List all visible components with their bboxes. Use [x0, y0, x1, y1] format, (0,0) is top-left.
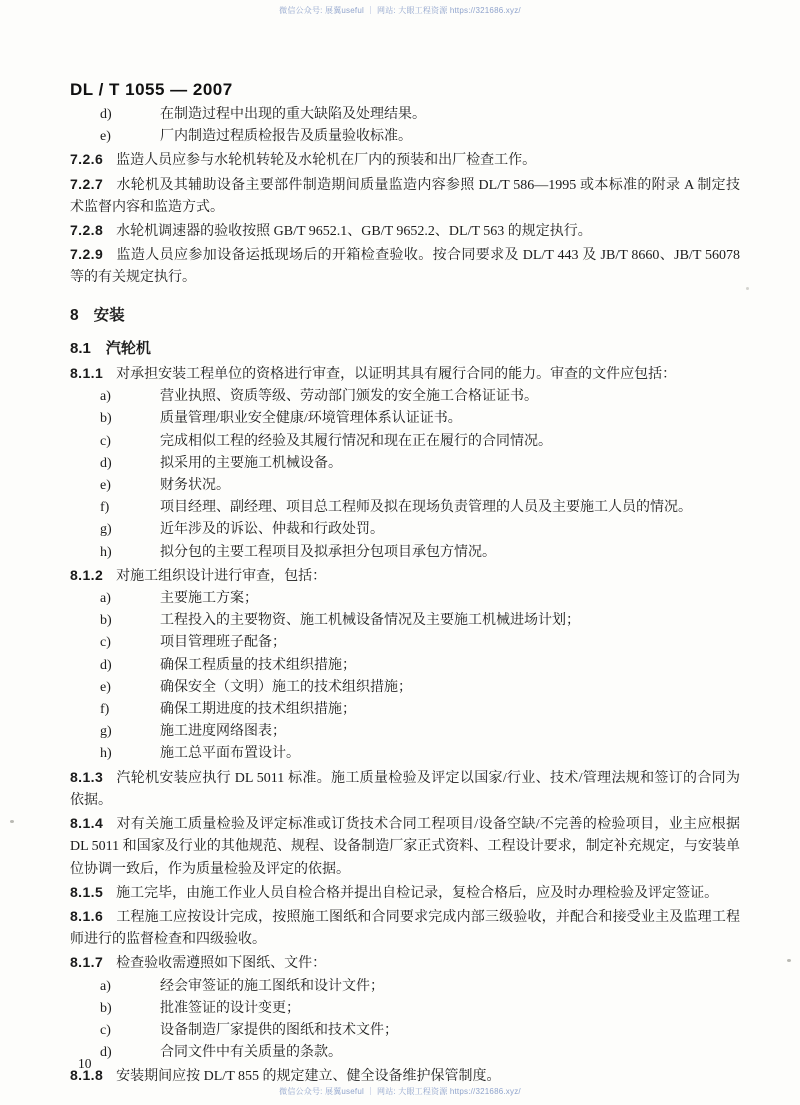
item-text: 近年涉及的诉讼、仲裁和行政处罚。 [160, 522, 384, 537]
item-label: d) [100, 1042, 160, 1064]
item-text: 汽轮机 [106, 340, 151, 357]
item-text: 监造人员应参与水轮机转轮及水轮机在厂内的预装和出厂检查工作。 [116, 153, 536, 168]
clause-paragraph: 8.1.5施工完毕，由施工作业人员自检合格并提出自检记录，复检合格后，应及时办理… [70, 881, 740, 905]
list-item: e)财务状况。 [70, 475, 740, 497]
list-item: d)拟采用的主要施工机械设备。 [70, 453, 740, 475]
item-text: 水轮机及其辅助设备主要部件制造期间质量监造内容参照 DL/T 586—1995 … [70, 178, 740, 215]
item-label: b) [100, 998, 160, 1020]
list-item: a)营业执照、资质等级、劳动部门颁发的安全施工合格证证书。 [70, 386, 740, 408]
item-label: 8.1 [70, 340, 91, 357]
item-text: 设备制造厂家提供的图纸和技术文件； [160, 1023, 398, 1038]
item-text: 拟分包的主要工程项目及拟承担分包项目承包方情况。 [160, 545, 496, 560]
list-item: g)近年涉及的诉讼、仲裁和行政处罚。 [70, 519, 740, 541]
item-label: c) [100, 632, 160, 654]
page-number: 10 [78, 1056, 92, 1072]
item-label: 8.1.1 [70, 365, 103, 381]
item-label: a) [100, 976, 160, 998]
item-text: 检查验收需遵照如下图纸、文件： [116, 956, 326, 971]
standard-number-header: DL / T 1055 — 2007 [70, 80, 233, 100]
list-item: b)工程投入的主要物资、施工机械设备情况及主要施工机械进场计划； [70, 610, 740, 632]
item-text: 项目管理班子配备； [160, 635, 286, 650]
item-label: a) [100, 386, 160, 408]
item-label: g) [100, 721, 160, 743]
item-label: e) [100, 677, 160, 699]
scan-artifact [746, 287, 749, 290]
list-item: g)施工进度网络图表； [70, 721, 740, 743]
item-text: 施工完毕，由施工作业人员自检合格并提出自检记录，复检合格后，应及时办理检验及评定… [116, 886, 718, 901]
watermark-bottom: 微信公众号: 展翼useful ｜ 网站: 大眼工程资源 https://321… [0, 1086, 800, 1097]
item-label: 7.2.7 [70, 176, 103, 192]
item-text: 汽轮机安装应执行 DL 5011 标准。施工质量检验及评定以国家/行业、技术/管… [70, 771, 740, 808]
list-item: a)经会审签证的施工图纸和设计文件； [70, 976, 740, 998]
item-label: 7.2.6 [70, 151, 103, 167]
list-item: e)厂内制造过程质检报告及质量验收标准。 [70, 126, 740, 148]
item-text: 厂内制造过程质检报告及质量验收标准。 [160, 129, 412, 144]
clause-paragraph: 8.1.3汽轮机安装应执行 DL 5011 标准。施工质量检验及评定以国家/行业… [70, 766, 740, 812]
item-label: 8.1.2 [70, 567, 103, 583]
item-text: 财务状况。 [160, 478, 230, 493]
item-label: 8.1.4 [70, 815, 103, 831]
item-label: a) [100, 588, 160, 610]
item-label: 7.2.9 [70, 246, 103, 262]
item-text: 对承担安装工程单位的资格进行审查，以证明其具有履行合同的能力。审查的文件应包括： [116, 367, 676, 382]
item-text: 项目经理、副经理、项目总工程师及拟在现场负责管理的人员及主要施工人员的情况。 [160, 500, 692, 515]
item-label: c) [100, 1020, 160, 1042]
item-label: 8 [70, 307, 79, 324]
item-label: 7.2.8 [70, 222, 103, 238]
item-text: 对有关施工质量检验及评定标准或订货技术合同工程项目/设备空缺/不完善的检验项目，… [70, 817, 740, 876]
clause-paragraph: 7.2.6监造人员应参与水轮机转轮及水轮机在厂内的预装和出厂检查工作。 [70, 148, 740, 172]
item-label: c) [100, 431, 160, 453]
clause-paragraph: 8.1.1对承担安装工程单位的资格进行审查，以证明其具有履行合同的能力。审查的文… [70, 362, 740, 386]
list-item: c)项目管理班子配备； [70, 632, 740, 654]
item-label: b) [100, 610, 160, 632]
item-label: b) [100, 408, 160, 430]
item-text: 监造人员应参加设备运抵现场后的开箱检查验收。按合同要求及 DL/T 443 及 … [70, 248, 740, 285]
list-item: c)设备制造厂家提供的图纸和技术文件； [70, 1020, 740, 1042]
item-text: 确保工期进度的技术组织措施； [160, 702, 356, 717]
clause-paragraph: 8.1.6工程施工应按设计完成，按照施工图纸和合同要求完成内部三级验收，并配合和… [70, 905, 740, 951]
item-label: d) [100, 453, 160, 475]
item-label: 8.1.5 [70, 884, 103, 900]
item-text: 主要施工方案； [160, 591, 258, 606]
scan-artifact [10, 820, 14, 823]
item-text: 施工进度网络图表； [160, 724, 286, 739]
item-text: 对施工组织设计进行审查，包括： [116, 569, 326, 584]
item-label: e) [100, 126, 160, 148]
item-text: 施工总平面布置设计。 [160, 746, 300, 761]
item-label: h) [100, 542, 160, 564]
item-text: 水轮机调速器的验收按照 GB/T 9652.1、GB/T 9652.2、DL/T… [116, 224, 592, 239]
clause-paragraph: 8.1.2对施工组织设计进行审查，包括： [70, 564, 740, 588]
list-item: b)批准签证的设计变更； [70, 998, 740, 1020]
list-item: c)完成相似工程的经验及其履行情况和现在正在履行的合同情况。 [70, 431, 740, 453]
clause-paragraph: 7.2.7水轮机及其辅助设备主要部件制造期间质量监造内容参照 DL/T 586—… [70, 173, 740, 219]
item-label: g) [100, 519, 160, 541]
item-text: 确保工程质量的技术组织措施； [160, 658, 356, 673]
list-item: d)合同文件中有关质量的条款。 [70, 1042, 740, 1064]
list-item: e)确保安全（文明）施工的技术组织措施； [70, 677, 740, 699]
list-item: d)在制造过程中出现的重大缺陷及处理结果。 [70, 104, 740, 126]
item-label: d) [100, 655, 160, 677]
list-item: d)确保工程质量的技术组织措施； [70, 655, 740, 677]
section-heading: 8安装 [70, 305, 740, 327]
watermark-top: 微信公众号: 展翼useful ｜ 网站: 大眼工程资源 https://321… [0, 5, 800, 16]
clause-paragraph: 8.1.7检查验收需遵照如下图纸、文件： [70, 951, 740, 975]
item-label: h) [100, 743, 160, 765]
list-item: b)质量管理/职业安全健康/环境管理体系认证证书。 [70, 408, 740, 430]
list-item: f)确保工期进度的技术组织措施； [70, 699, 740, 721]
item-text: 批准签证的设计变更； [160, 1001, 300, 1016]
item-label: f) [100, 497, 160, 519]
clause-paragraph: 7.2.8水轮机调速器的验收按照 GB/T 9652.1、GB/T 9652.2… [70, 219, 740, 243]
item-text: 在制造过程中出现的重大缺陷及处理结果。 [160, 107, 426, 122]
item-label: e) [100, 475, 160, 497]
list-item: h)施工总平面布置设计。 [70, 743, 740, 765]
clause-paragraph: 7.2.9监造人员应参加设备运抵现场后的开箱检查验收。按合同要求及 DL/T 4… [70, 243, 740, 289]
item-label: 8.1.7 [70, 954, 103, 970]
clause-paragraph: 8.1.8安装期间应按 DL/T 855 的规定建立、健全设备维护保管制度。 [70, 1064, 740, 1088]
item-label: f) [100, 699, 160, 721]
item-text: 质量管理/职业安全健康/环境管理体系认证证书。 [160, 411, 462, 426]
item-text: 经会审签证的施工图纸和设计文件； [160, 979, 384, 994]
item-label: 8.1.6 [70, 908, 103, 924]
list-item: f)项目经理、副经理、项目总工程师及拟在现场负责管理的人员及主要施工人员的情况。 [70, 497, 740, 519]
item-label: 8.1.3 [70, 769, 103, 785]
list-item: h)拟分包的主要工程项目及拟承担分包项目承包方情况。 [70, 542, 740, 564]
list-item: a)主要施工方案； [70, 588, 740, 610]
scan-artifact [787, 959, 791, 962]
item-text: 安装 [94, 307, 125, 324]
item-text: 安装期间应按 DL/T 855 的规定建立、健全设备维护保管制度。 [116, 1069, 500, 1084]
item-text: 合同文件中有关质量的条款。 [160, 1045, 342, 1060]
clause-paragraph: 8.1.4对有关施工质量检验及评定标准或订货技术合同工程项目/设备空缺/不完善的… [70, 812, 740, 881]
item-text: 拟采用的主要施工机械设备。 [160, 456, 342, 471]
item-text: 工程施工应按设计完成，按照施工图纸和合同要求完成内部三级验收，并配合和接受业主及… [70, 910, 740, 947]
item-text: 完成相似工程的经验及其履行情况和现在正在履行的合同情况。 [160, 434, 552, 449]
item-text: 营业执照、资质等级、劳动部门颁发的安全施工合格证证书。 [160, 389, 538, 404]
scanned-standard-page: 微信公众号: 展翼useful ｜ 网站: 大眼工程资源 https://321… [0, 0, 800, 1105]
item-label: d) [100, 104, 160, 126]
item-text: 工程投入的主要物资、施工机械设备情况及主要施工机械进场计划； [160, 613, 580, 628]
document-body: d)在制造过程中出现的重大缺陷及处理结果。e)厂内制造过程质检报告及质量验收标准… [70, 104, 740, 1089]
subsection-heading: 8.1汽轮机 [70, 338, 740, 360]
item-text: 确保安全（文明）施工的技术组织措施； [160, 680, 412, 695]
